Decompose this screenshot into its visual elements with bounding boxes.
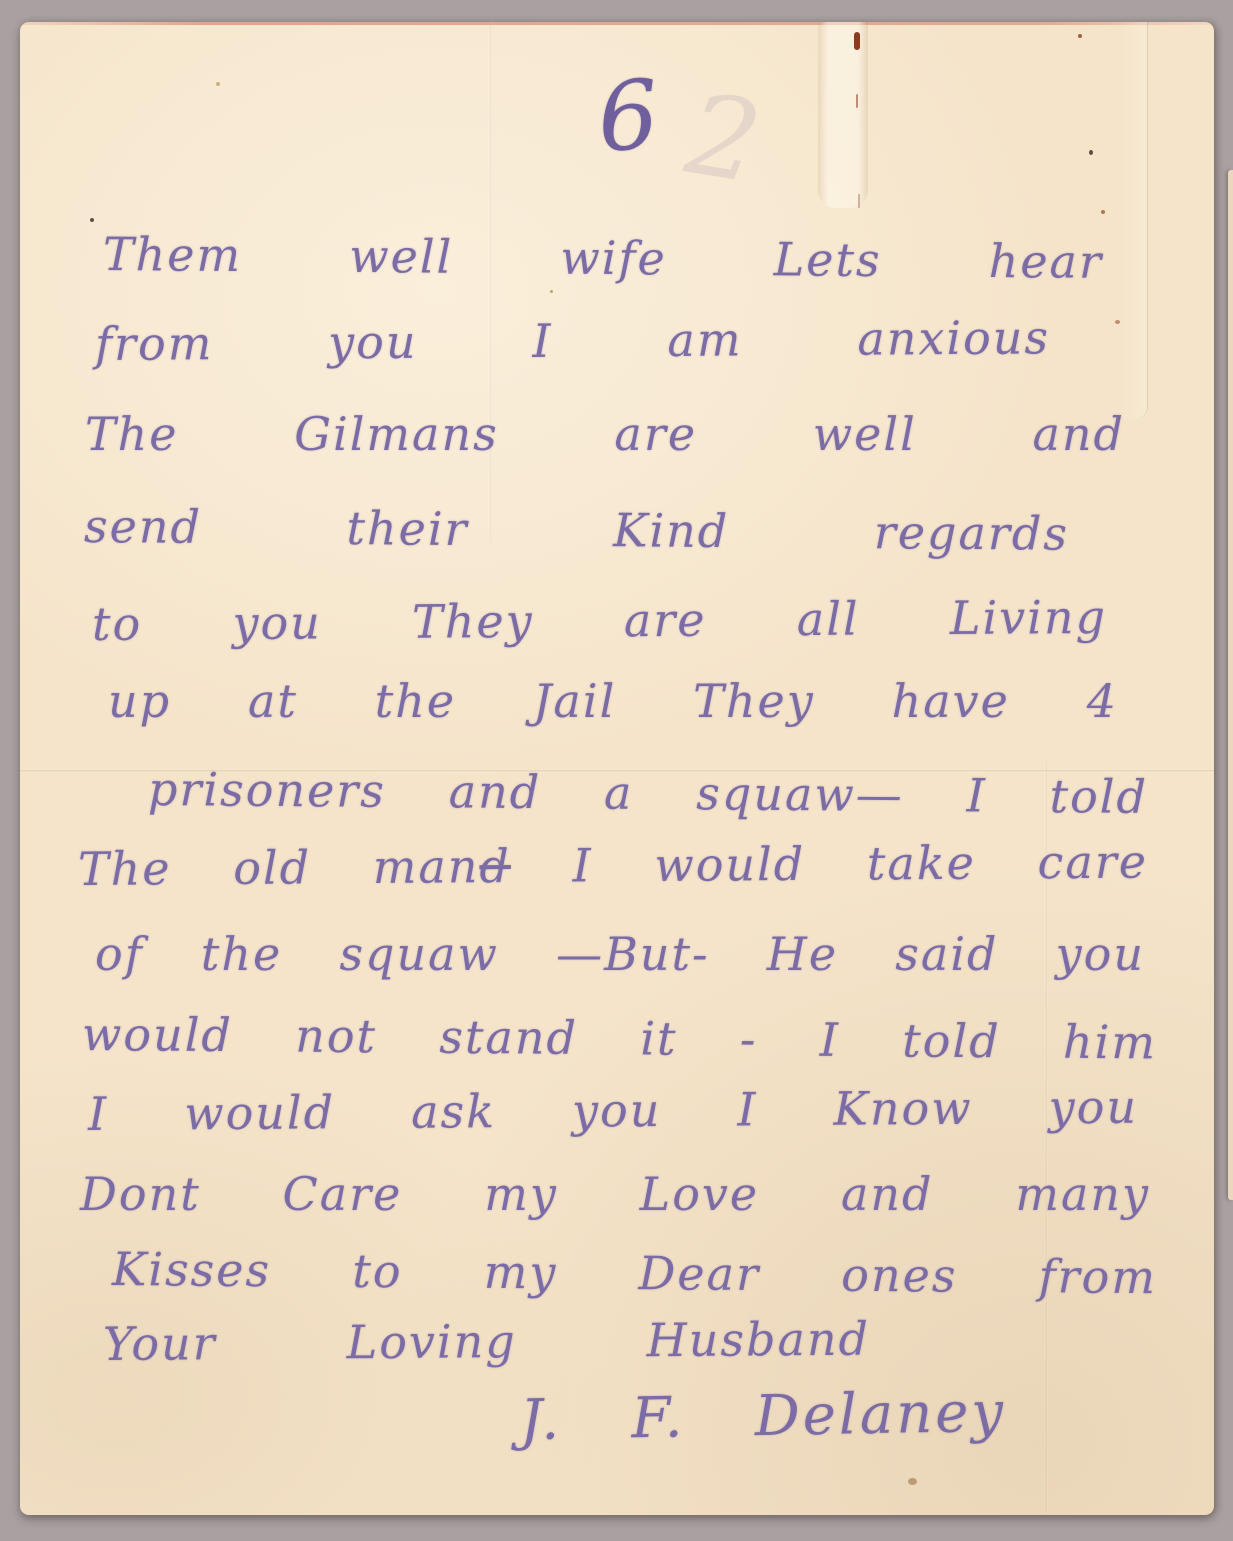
paper-speck xyxy=(216,82,220,86)
paper-speck xyxy=(1078,34,1082,38)
handwriting-line: would not stand it - I told him xyxy=(82,1005,1157,1071)
handwriting-line: Dont Care my Love and many xyxy=(80,1165,1150,1223)
ghost-number: 2 xyxy=(678,69,769,209)
handwriting-line: of the squaw —But- He said you xyxy=(95,925,1145,983)
handwriting-line: The old mand I would take care xyxy=(78,833,1148,898)
struck-out-word: d xyxy=(479,839,511,893)
handwriting-line: up at the Jail They have 4 xyxy=(108,672,1118,730)
handwriting-line: prisoners and a squaw— I told xyxy=(148,760,1148,826)
paper-speck xyxy=(1089,150,1093,155)
signature: J. F. Delaney xyxy=(519,1380,1006,1453)
handwriting-line: send their Kind regards xyxy=(84,497,1069,563)
photo-background: { "letter": { "page_number": "6", "ghost… xyxy=(0,0,1233,1541)
paper-speck xyxy=(550,290,553,293)
letter-page: 2 6 Them well wife Lets hear from you I … xyxy=(20,22,1214,1515)
red-top-edge xyxy=(22,22,1212,25)
paper-speck xyxy=(1115,320,1120,324)
handwriting-line: The Gilmans are well and xyxy=(85,405,1125,463)
paper-speck xyxy=(90,218,94,222)
handwriting-segment: The old man xyxy=(78,839,480,896)
handwriting-line: from you I am anxious xyxy=(95,308,1050,373)
handwriting-line: Kisses to my Dear ones from xyxy=(112,1240,1157,1306)
handwriting-line: Your Loving Husband xyxy=(103,1310,870,1373)
page-number: 6 xyxy=(594,60,662,174)
stain-streak xyxy=(1118,22,1148,420)
paper-speck xyxy=(908,1478,917,1485)
adjacent-page-edge xyxy=(1228,170,1233,1200)
handwriting-segment: I would take care xyxy=(511,835,1149,893)
rust-stain xyxy=(854,32,860,50)
paperclip-impression xyxy=(818,22,868,208)
paper-speck xyxy=(1101,210,1105,214)
handwriting-line: to you They are all Living xyxy=(92,588,1107,653)
handwriting-line: I would ask you I Know you xyxy=(88,1078,1138,1143)
handwriting-line: Them well wife Lets hear xyxy=(103,225,1103,291)
